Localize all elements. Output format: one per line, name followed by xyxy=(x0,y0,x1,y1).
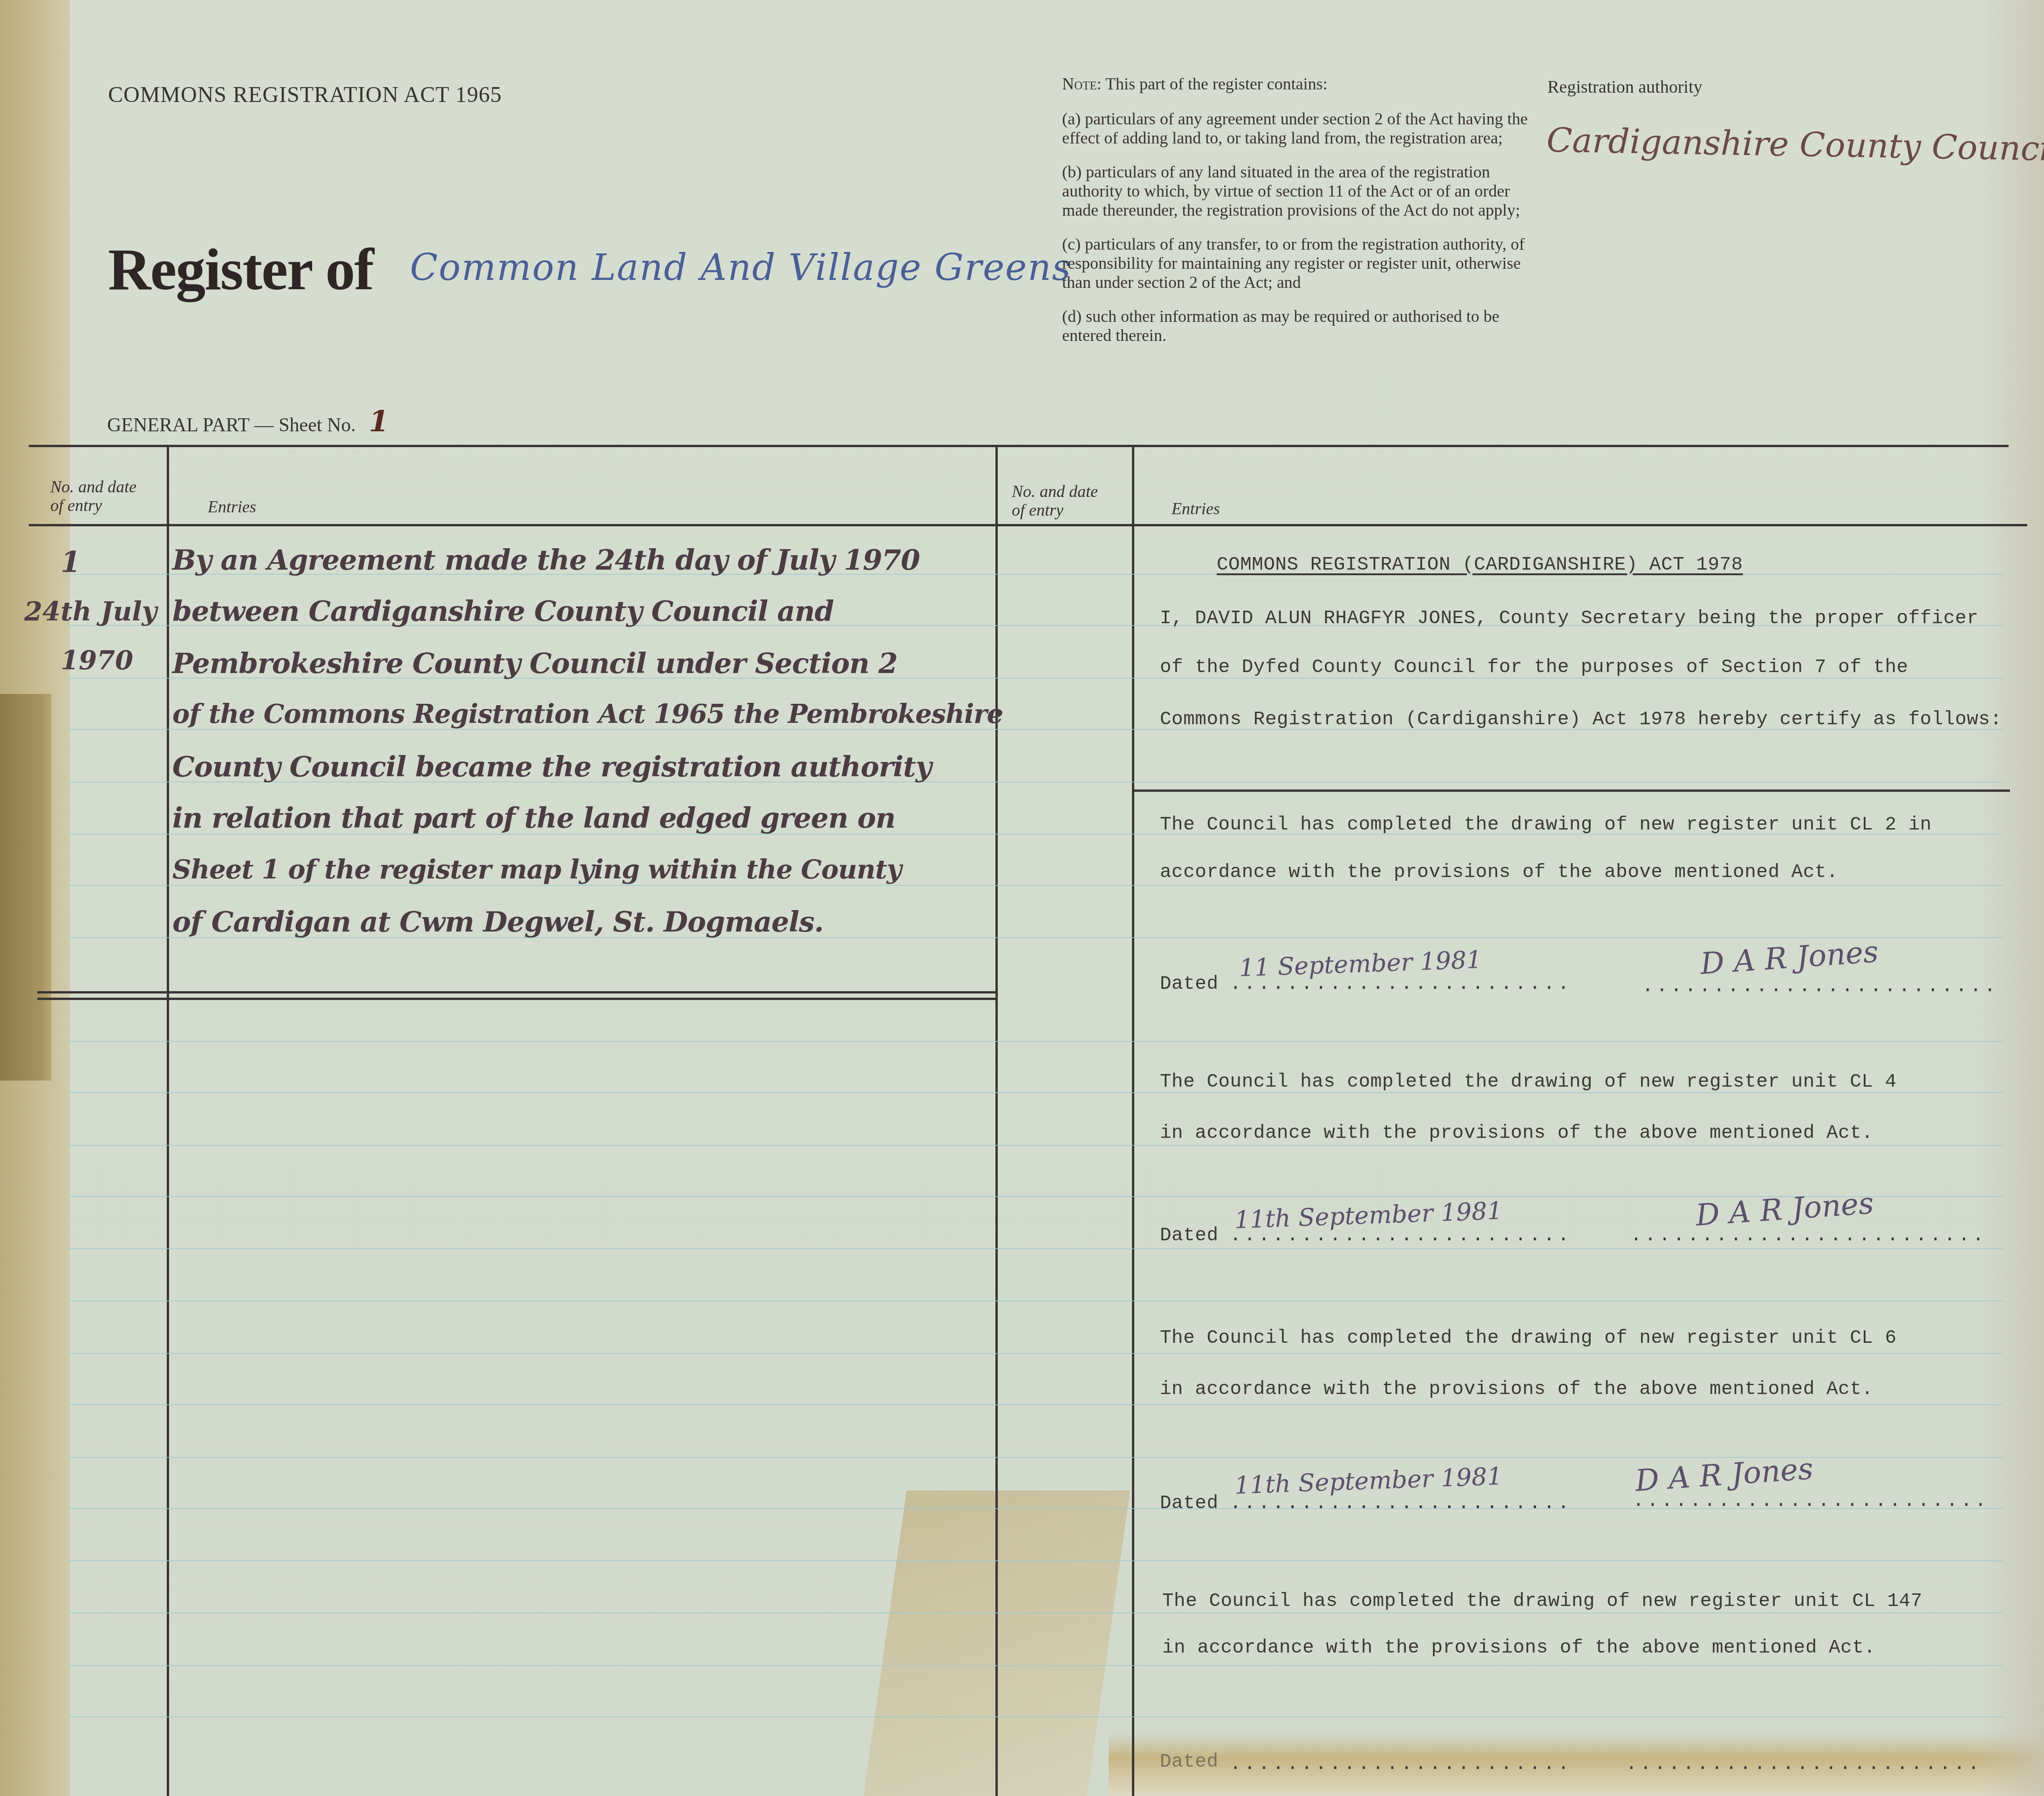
entry-text-line: of Cardigan at Cwm Degwel, St. Dogmaels. xyxy=(172,906,824,939)
signature-dotted-line: ......................... xyxy=(1626,1754,1982,1775)
note-item-d: (d) such other information as may be req… xyxy=(1062,307,1528,345)
entry-date-line1: 24th July xyxy=(24,596,157,627)
signature: D A R Jones xyxy=(1699,935,1880,982)
sheet-number: 1 xyxy=(369,404,389,438)
ruling-line xyxy=(70,1665,2003,1666)
register-unit-entry-line1: The Council has completed the drawing of… xyxy=(1160,814,1932,836)
right-col-entries-header: Entries xyxy=(1172,499,1220,518)
worn-right-edge xyxy=(1979,0,2044,1796)
left-col-no-date-line2: of entry xyxy=(50,496,136,515)
left-entry-end-rule-1 xyxy=(37,991,997,993)
entry-date-line2: 1970 xyxy=(61,645,133,676)
ruling-line xyxy=(70,1145,2003,1146)
left-col-divider xyxy=(167,445,169,1796)
signature-dotted-line: ......................... xyxy=(1642,976,1998,997)
note-item-b: (b) particulars of any land situated in … xyxy=(1062,163,1528,220)
certificate-title: COMMONS REGISTRATION (CARDIGANSHIRE) ACT… xyxy=(1217,554,1743,576)
general-part-label: GENERAL PART — Sheet No.1 xyxy=(107,404,389,438)
registration-authority-value: Cardiganshire County Council xyxy=(1546,120,2044,168)
ruling-line xyxy=(70,885,2003,886)
signature-dotted-line: ......................... xyxy=(1630,1225,1987,1246)
entry-text-line: County Council became the registration a… xyxy=(172,751,931,783)
table-header-rule xyxy=(29,524,2027,526)
registration-authority-label: Registration authority xyxy=(1547,77,1702,97)
ruling-line xyxy=(70,1457,2003,1458)
right-col-no-date-header: No. and date of entry xyxy=(1012,482,1098,519)
register-type-handwritten: Common Land And Village Greens xyxy=(410,247,1071,289)
ruling-line xyxy=(70,1300,2003,1301)
left-col-no-date-line1: No. and date xyxy=(50,477,136,496)
general-part-text: GENERAL PART — Sheet No. xyxy=(107,415,356,436)
register-unit-entry-line1: The Council has completed the drawing of… xyxy=(1160,1071,1897,1093)
right-col-no-date-line1: No. and date xyxy=(1012,482,1098,501)
act-title: COMMONS REGISTRATION ACT 1965 xyxy=(108,82,502,108)
right-col-no-date-line2: of entry xyxy=(1012,501,1098,519)
note-heading-prefix: Note xyxy=(1062,75,1097,93)
right-col-divider xyxy=(1132,445,1134,1796)
date-dotted-line: ........................ xyxy=(1230,1754,1572,1775)
left-col-no-date-header: No. and date of entry xyxy=(50,477,136,515)
ruling-line xyxy=(70,1560,2003,1561)
ruling-line xyxy=(70,1041,2003,1042)
entry-text-line: between Cardiganshire County Council and xyxy=(172,595,834,628)
register-of-heading: Register of xyxy=(108,235,373,304)
center-divider xyxy=(995,445,998,1796)
certificate-line: of the Dyfed County Council for the purp… xyxy=(1160,657,1908,678)
register-unit-entry-line1: The Council has completed the drawing of… xyxy=(1160,1327,1897,1349)
table-top-rule xyxy=(29,445,2009,447)
certificate-line: Commons Registration (Cardiganshire) Act… xyxy=(1160,709,2002,730)
certificate-line: I, DAVID ALUN RHAGFYR JONES, County Secr… xyxy=(1160,608,1978,629)
note-item-c: (c) particulars of any transfer, to or f… xyxy=(1062,235,1528,292)
note-heading-rest: : This part of the register contains: xyxy=(1097,75,1328,93)
entry-text-line: Pembrokeshire County Council under Secti… xyxy=(172,647,898,680)
entry-text-line: of the Commons Registration Act 1965 the… xyxy=(172,699,1003,729)
entry-text-line: in relation that part of the land edged … xyxy=(172,802,895,835)
note-block: Note: This part of the register contains… xyxy=(1062,75,1528,360)
right-certificate-rule xyxy=(1134,789,2010,792)
entry-text-line: By an Agreement made the 24th day of Jul… xyxy=(172,544,920,577)
aged-tape-left-dark xyxy=(0,694,51,1081)
dated-label: Dated xyxy=(1160,1225,1219,1246)
ruling-line xyxy=(70,1612,2003,1613)
left-entry-end-rule-2 xyxy=(37,998,997,1000)
register-unit-entry-line1: The Council has completed the drawing of… xyxy=(1162,1591,1922,1612)
entry-text-line: Sheet 1 of the register map lying within… xyxy=(172,854,901,885)
register-unit-entry-line2: accordance with the provisions of the ab… xyxy=(1160,862,1838,883)
ruling-line xyxy=(70,1353,2003,1354)
ruling-line xyxy=(70,1404,2003,1405)
note-item-a: (a) particulars of any agreement under s… xyxy=(1062,109,1528,148)
note-heading: Note: This part of the register contains… xyxy=(1062,75,1528,94)
dated-label: Dated xyxy=(1160,1751,1219,1773)
register-unit-entry-line2: in accordance with the provisions of the… xyxy=(1162,1637,1875,1659)
dated-label: Dated xyxy=(1160,1493,1219,1514)
ruling-line xyxy=(70,1248,2003,1249)
register-unit-entry-line2: in accordance with the provisions of the… xyxy=(1160,1122,1873,1144)
entry-number: 1 xyxy=(61,545,81,579)
left-col-entries-header: Entries xyxy=(208,497,256,516)
dated-label: Dated xyxy=(1160,973,1219,995)
register-unit-entry-line2: in accordance with the provisions of the… xyxy=(1160,1379,1873,1400)
register-sheet: COMMONS REGISTRATION ACT 1965 Register o… xyxy=(0,0,2044,1796)
ruling-line xyxy=(70,1716,2003,1717)
